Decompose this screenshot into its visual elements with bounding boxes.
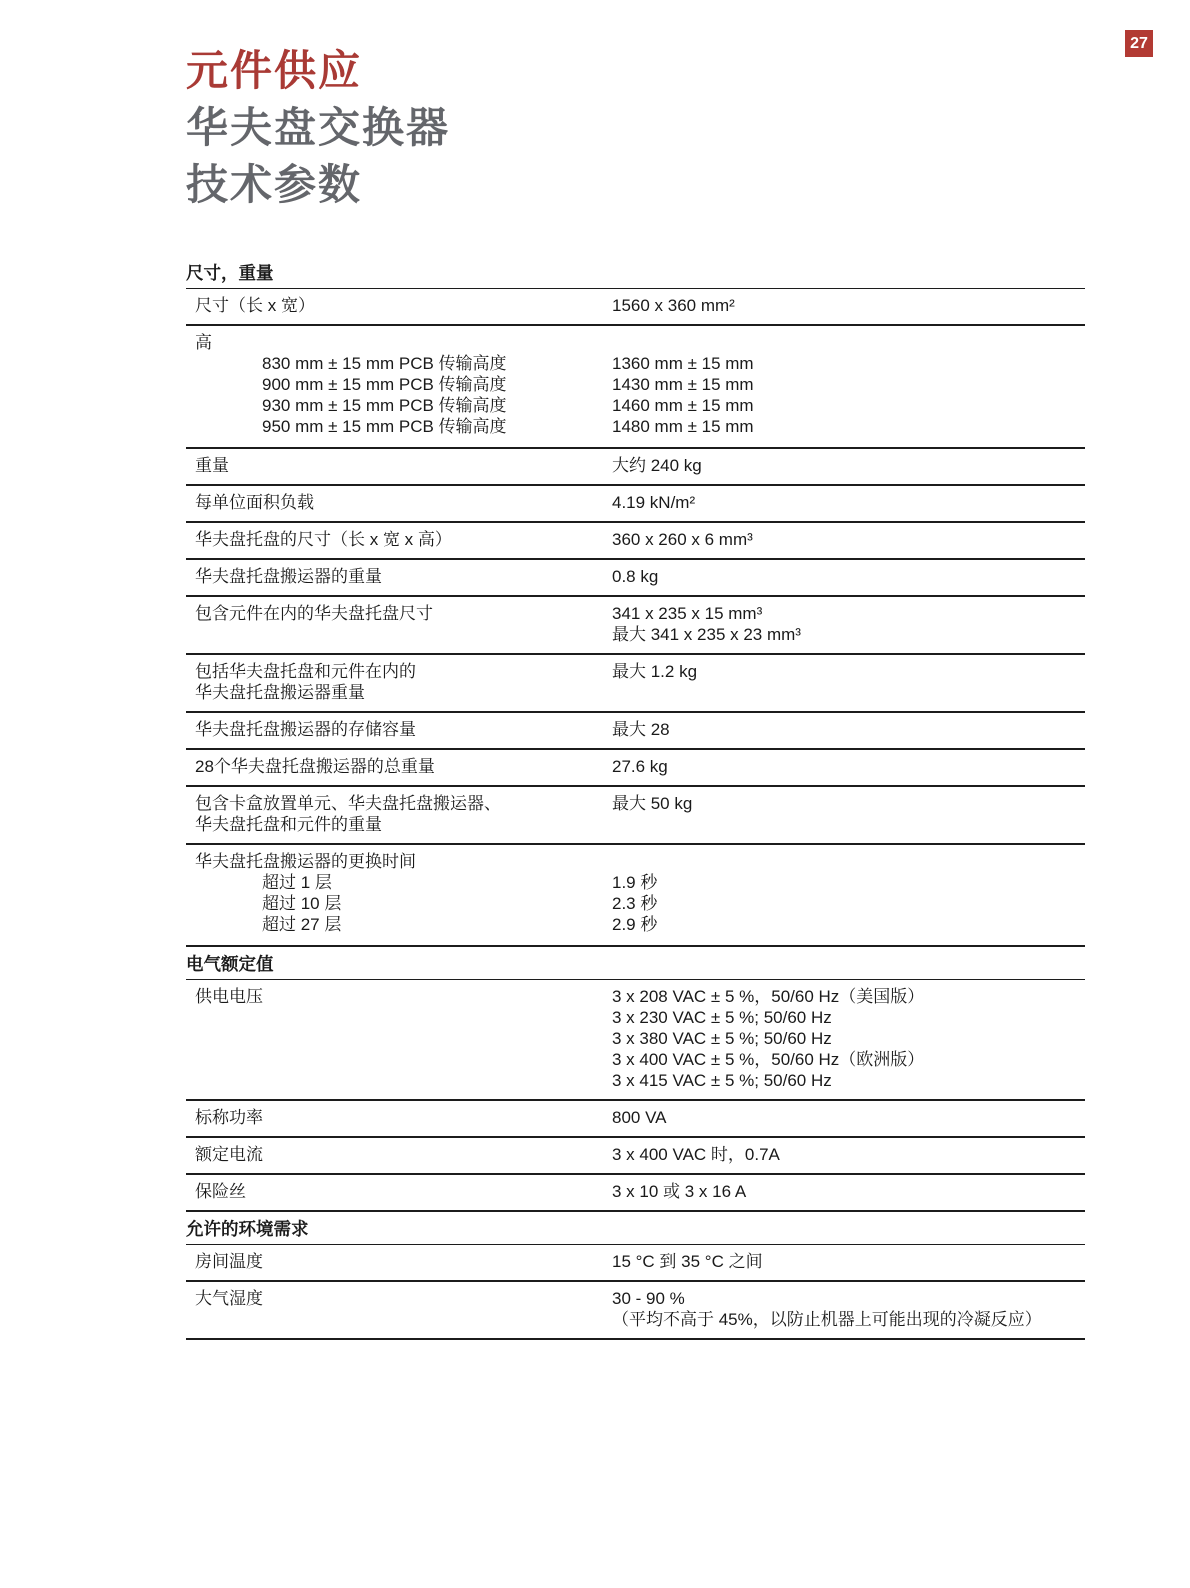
group-label: 华夫盘托盘搬运器的更换时间	[186, 851, 1085, 872]
subrow-label: 超过 1 层	[186, 872, 612, 893]
row-label: 包含卡盒放置单元、华夫盘托盘搬运器、 华夫盘托盘和元件的重量	[186, 793, 612, 835]
table-subrow: 930 mm ± 15 mm PCB 传输高度 1460 mm ± 15 mm	[186, 395, 1085, 416]
row-value: 3 x 400 VAC 时，0.7A	[612, 1144, 1085, 1165]
row-label: 28个华夫盘托盘搬运器的总重量	[186, 756, 612, 777]
subrow-label: 超过 10 层	[186, 893, 612, 914]
table-row: 包含元件在内的华夫盘托盘尺寸 341 x 235 x 15 mm³ 最大 341…	[186, 597, 1085, 655]
row-label: 包括华夫盘托盘和元件在内的 华夫盘托盘搬运器重量	[186, 661, 612, 703]
subrow-label: 超过 27 层	[186, 914, 612, 935]
row-value: 27.6 kg	[612, 756, 1085, 777]
row-label: 尺寸（长 x 宽）	[186, 295, 612, 316]
row-label: 华夫盘托盘搬运器的重量	[186, 566, 612, 587]
table-row: 尺寸（长 x 宽） 1560 x 360 mm²	[186, 289, 1085, 326]
row-value: 0.8 kg	[612, 566, 1085, 587]
row-label: 房间温度	[186, 1251, 612, 1272]
table-row: 房间温度 15 °C 到 35 °C 之间	[186, 1245, 1085, 1282]
subrow-value: 2.3 秒	[612, 893, 1085, 914]
subrow-label: 950 mm ± 15 mm PCB 传输高度	[186, 416, 612, 437]
section-title-dimensions-weight: 尺寸，重量	[186, 256, 1085, 289]
document-subtitle-line2: 技术参数	[186, 158, 450, 215]
table-subrow: 830 mm ± 15 mm PCB 传输高度 1360 mm ± 15 mm	[186, 353, 1085, 374]
row-value: 3 x 10 或 3 x 16 A	[612, 1181, 1085, 1202]
row-label: 大气湿度	[186, 1288, 612, 1330]
subrow-value: 1.9 秒	[612, 872, 1085, 893]
subrow-label: 900 mm ± 15 mm PCB 传输高度	[186, 374, 612, 395]
subrow-value: 1360 mm ± 15 mm	[612, 353, 1085, 374]
table-row: 华夫盘托盘搬运器的存储容量 最大 28	[186, 713, 1085, 750]
row-value: 30 - 90 % （平均不高于 45%，以防止机器上可能出现的冷凝反应）	[612, 1288, 1085, 1330]
row-label: 每单位面积负载	[186, 492, 612, 513]
section-title-electrical-ratings: 电气额定值	[186, 947, 1085, 980]
row-value: 800 VA	[612, 1107, 1085, 1128]
row-value: 大约 240 kg	[612, 455, 1085, 476]
document-page: 27 元件供应 华夫盘交换器 技术参数 尺寸，重量 尺寸（长 x 宽） 1560…	[0, 0, 1190, 1588]
table-row-group-change-time: 华夫盘托盘搬运器的更换时间 超过 1 层 1.9 秒 超过 10 层 2.3 秒…	[186, 845, 1085, 947]
table-row: 供电电压 3 x 208 VAC ± 5 %，50/60 Hz（美国版） 3 x…	[186, 980, 1085, 1101]
table-row: 华夫盘托盘搬运器的重量 0.8 kg	[186, 560, 1085, 597]
subrow-value: 1460 mm ± 15 mm	[612, 395, 1085, 416]
table-subrow: 超过 1 层 1.9 秒	[186, 872, 1085, 893]
document-title: 元件供应	[186, 44, 450, 101]
table-subrow: 950 mm ± 15 mm PCB 传输高度 1480 mm ± 15 mm	[186, 416, 1085, 437]
spec-table: 尺寸，重量 尺寸（长 x 宽） 1560 x 360 mm² 高 830 mm …	[186, 256, 1085, 1340]
row-value: 最大 28	[612, 719, 1085, 740]
row-label: 供电电压	[186, 986, 612, 1091]
table-row: 包含卡盒放置单元、华夫盘托盘搬运器、 华夫盘托盘和元件的重量 最大 50 kg	[186, 787, 1085, 845]
row-label: 华夫盘托盘搬运器的存储容量	[186, 719, 612, 740]
row-label: 额定电流	[186, 1144, 612, 1165]
table-row: 重量 大约 240 kg	[186, 449, 1085, 486]
row-value: 360 x 260 x 6 mm³	[612, 529, 1085, 550]
row-value: 最大 50 kg	[612, 793, 1085, 835]
subrow-label: 830 mm ± 15 mm PCB 传输高度	[186, 353, 612, 374]
row-value: 341 x 235 x 15 mm³ 最大 341 x 235 x 23 mm³	[612, 603, 1085, 645]
table-row: 华夫盘托盘的尺寸（长 x 宽 x 高） 360 x 260 x 6 mm³	[186, 523, 1085, 560]
table-row: 保险丝 3 x 10 或 3 x 16 A	[186, 1175, 1085, 1212]
table-row: 大气湿度 30 - 90 % （平均不高于 45%，以防止机器上可能出现的冷凝反…	[186, 1282, 1085, 1340]
table-subrow: 900 mm ± 15 mm PCB 传输高度 1430 mm ± 15 mm	[186, 374, 1085, 395]
document-subtitle-line1: 华夫盘交换器	[186, 101, 450, 158]
page-number-badge: 27	[1125, 30, 1153, 57]
row-label: 重量	[186, 455, 612, 476]
section-title-environmental-requirements: 允许的环境需求	[186, 1212, 1085, 1245]
row-value: 最大 1.2 kg	[612, 661, 1085, 703]
row-label: 包含元件在内的华夫盘托盘尺寸	[186, 603, 612, 645]
subrow-label: 930 mm ± 15 mm PCB 传输高度	[186, 395, 612, 416]
table-subrow: 超过 10 层 2.3 秒	[186, 893, 1085, 914]
group-label: 高	[186, 332, 1085, 353]
row-label: 保险丝	[186, 1181, 612, 1202]
page-number: 27	[1130, 35, 1148, 53]
row-value: 3 x 208 VAC ± 5 %，50/60 Hz（美国版） 3 x 230 …	[612, 986, 1085, 1091]
row-label: 华夫盘托盘的尺寸（长 x 宽 x 高）	[186, 529, 612, 550]
row-value: 1560 x 360 mm²	[612, 295, 1085, 316]
subrow-value: 1480 mm ± 15 mm	[612, 416, 1085, 437]
table-row: 额定电流 3 x 400 VAC 时，0.7A	[186, 1138, 1085, 1175]
table-row-group-height: 高 830 mm ± 15 mm PCB 传输高度 1360 mm ± 15 m…	[186, 326, 1085, 449]
table-subrow: 超过 27 层 2.9 秒	[186, 914, 1085, 935]
table-row: 标称功率 800 VA	[186, 1101, 1085, 1138]
row-value: 4.19 kN/m²	[612, 492, 1085, 513]
document-header: 元件供应 华夫盘交换器 技术参数	[186, 44, 450, 215]
table-row: 28个华夫盘托盘搬运器的总重量 27.6 kg	[186, 750, 1085, 787]
row-label: 标称功率	[186, 1107, 612, 1128]
table-row: 每单位面积负载 4.19 kN/m²	[186, 486, 1085, 523]
subrow-value: 2.9 秒	[612, 914, 1085, 935]
row-value: 15 °C 到 35 °C 之间	[612, 1251, 1085, 1272]
subrow-value: 1430 mm ± 15 mm	[612, 374, 1085, 395]
table-row: 包括华夫盘托盘和元件在内的 华夫盘托盘搬运器重量 最大 1.2 kg	[186, 655, 1085, 713]
